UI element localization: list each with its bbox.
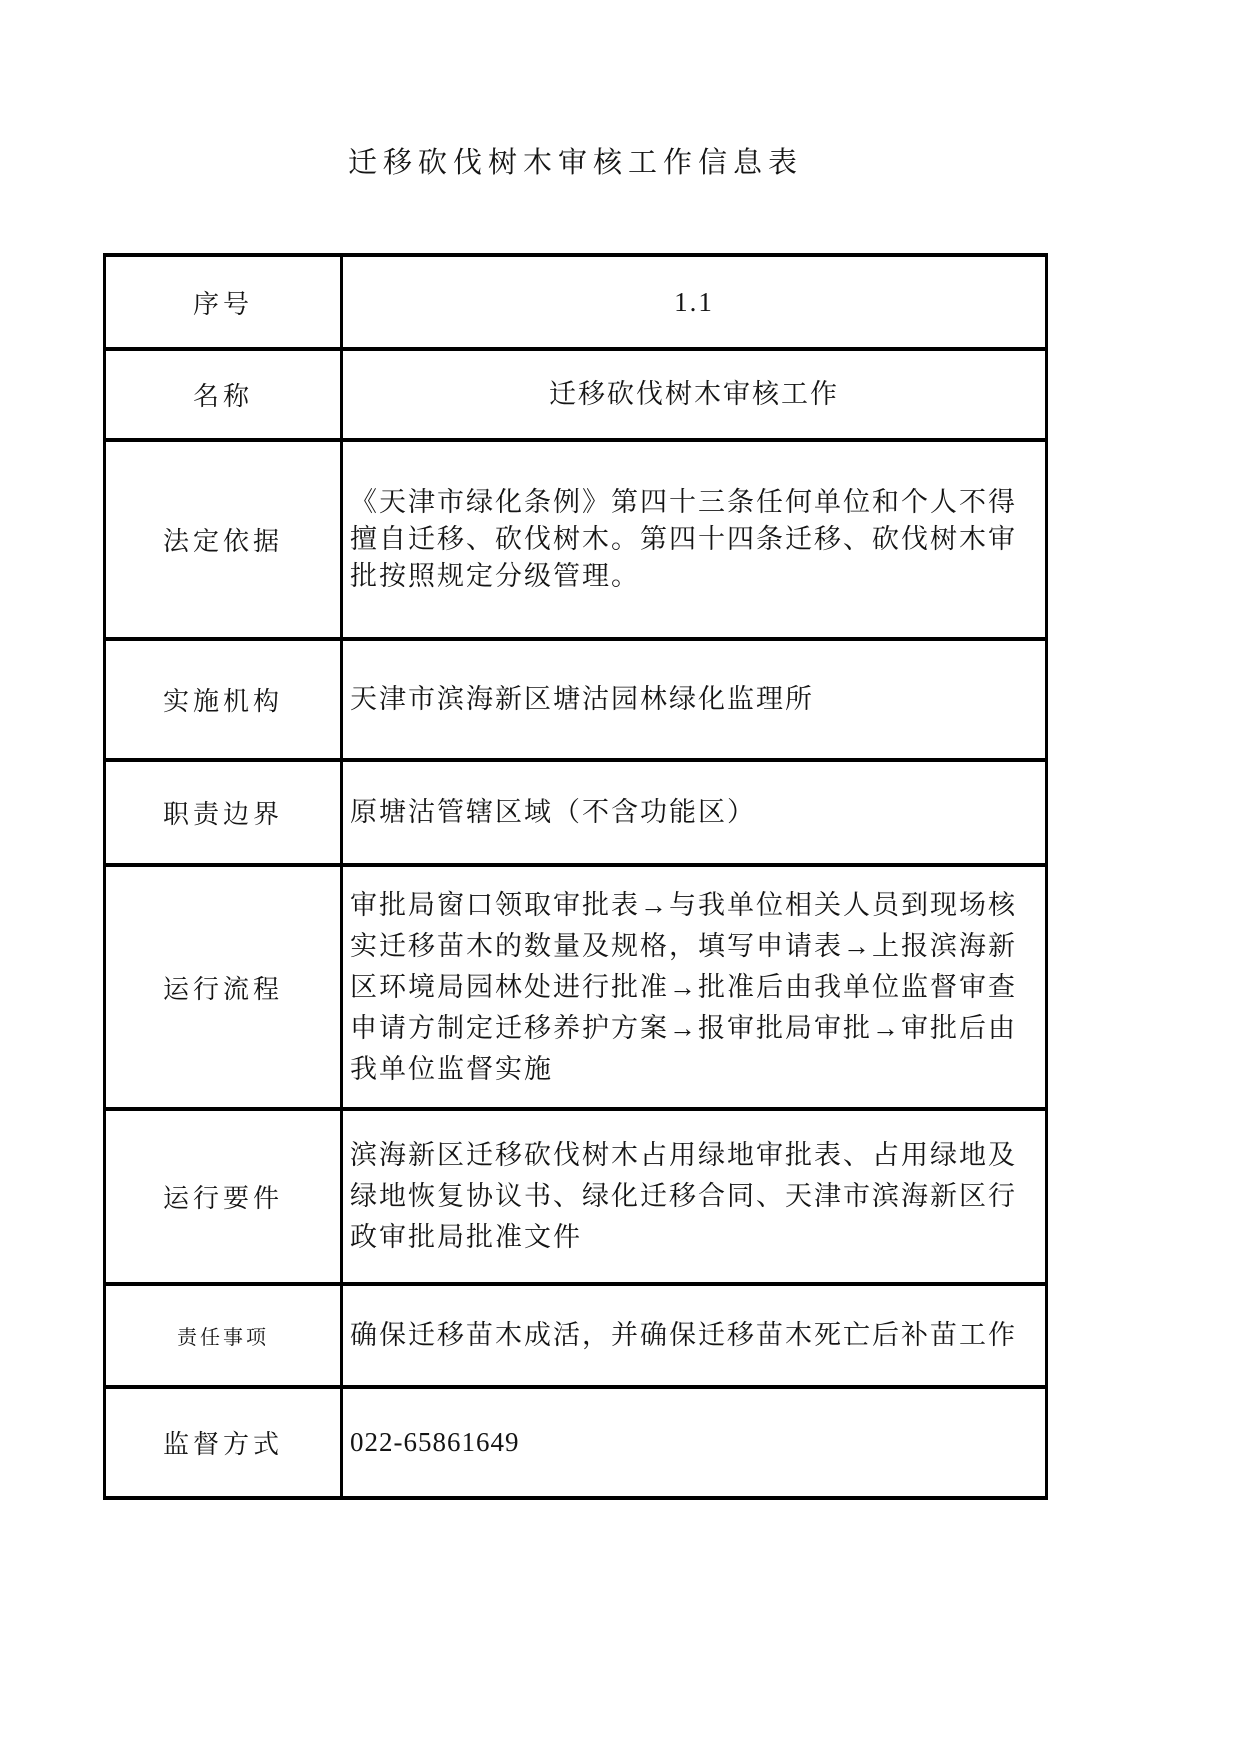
row-value: 1.1	[343, 257, 1045, 347]
row-label: 实施机构	[106, 641, 343, 758]
row-responsibility-boundary: 职责边界 原塘沽管辖区域（不含功能区）	[106, 762, 1045, 867]
row-value: 《天津市绿化条例》第四十三条任何单位和个人不得擅自迁移、砍伐树木。第四十四条迁移…	[343, 442, 1045, 637]
row-value: 原塘沽管辖区域（不含功能区）	[343, 762, 1045, 863]
row-label: 责任事项	[106, 1286, 343, 1385]
page-title: 迁移砍伐树木审核工作信息表	[103, 140, 1048, 181]
row-name: 名称 迁移砍伐树木审核工作	[106, 351, 1045, 442]
row-supervision-method: 监督方式 022-65861649	[106, 1389, 1045, 1496]
row-label: 序号	[106, 257, 343, 347]
row-label: 运行要件	[106, 1111, 343, 1282]
row-label: 运行流程	[106, 867, 343, 1107]
document-page: 迁移砍伐树木审核工作信息表 序号 1.1 名称 迁移砍伐树木审核工作 法定依据 …	[0, 0, 1241, 1754]
row-value: 审批局窗口领取审批表→与我单位相关人员到现场核实迁移苗木的数量及规格，填写申请表…	[343, 867, 1045, 1107]
row-operation-process: 运行流程 审批局窗口领取审批表→与我单位相关人员到现场核实迁移苗木的数量及规格，…	[106, 867, 1045, 1111]
row-operation-requirements: 运行要件 滨海新区迁移砍伐树木占用绿地审批表、占用绿地及绿地恢复协议书、绿化迁移…	[106, 1111, 1045, 1286]
row-value: 确保迁移苗木成活，并确保迁移苗木死亡后补苗工作	[343, 1286, 1045, 1385]
row-legal-basis: 法定依据 《天津市绿化条例》第四十三条任何单位和个人不得擅自迁移、砍伐树木。第四…	[106, 442, 1045, 641]
row-value: 天津市滨海新区塘沽园林绿化监理所	[343, 641, 1045, 758]
row-label: 职责边界	[106, 762, 343, 863]
row-label: 名称	[106, 351, 343, 438]
row-value: 迁移砍伐树木审核工作	[343, 351, 1045, 438]
row-label: 法定依据	[106, 442, 343, 637]
row-value: 滨海新区迁移砍伐树木占用绿地审批表、占用绿地及绿地恢复协议书、绿化迁移合同、天津…	[343, 1111, 1045, 1282]
info-table: 序号 1.1 名称 迁移砍伐树木审核工作 法定依据 《天津市绿化条例》第四十三条…	[103, 253, 1048, 1500]
row-value: 022-65861649	[343, 1389, 1045, 1496]
row-responsibility-matters: 责任事项 确保迁移苗木成活，并确保迁移苗木死亡后补苗工作	[106, 1286, 1045, 1389]
row-label: 监督方式	[106, 1389, 343, 1496]
row-implementing-agency: 实施机构 天津市滨海新区塘沽园林绿化监理所	[106, 641, 1045, 762]
row-serial-number: 序号 1.1	[106, 257, 1045, 351]
